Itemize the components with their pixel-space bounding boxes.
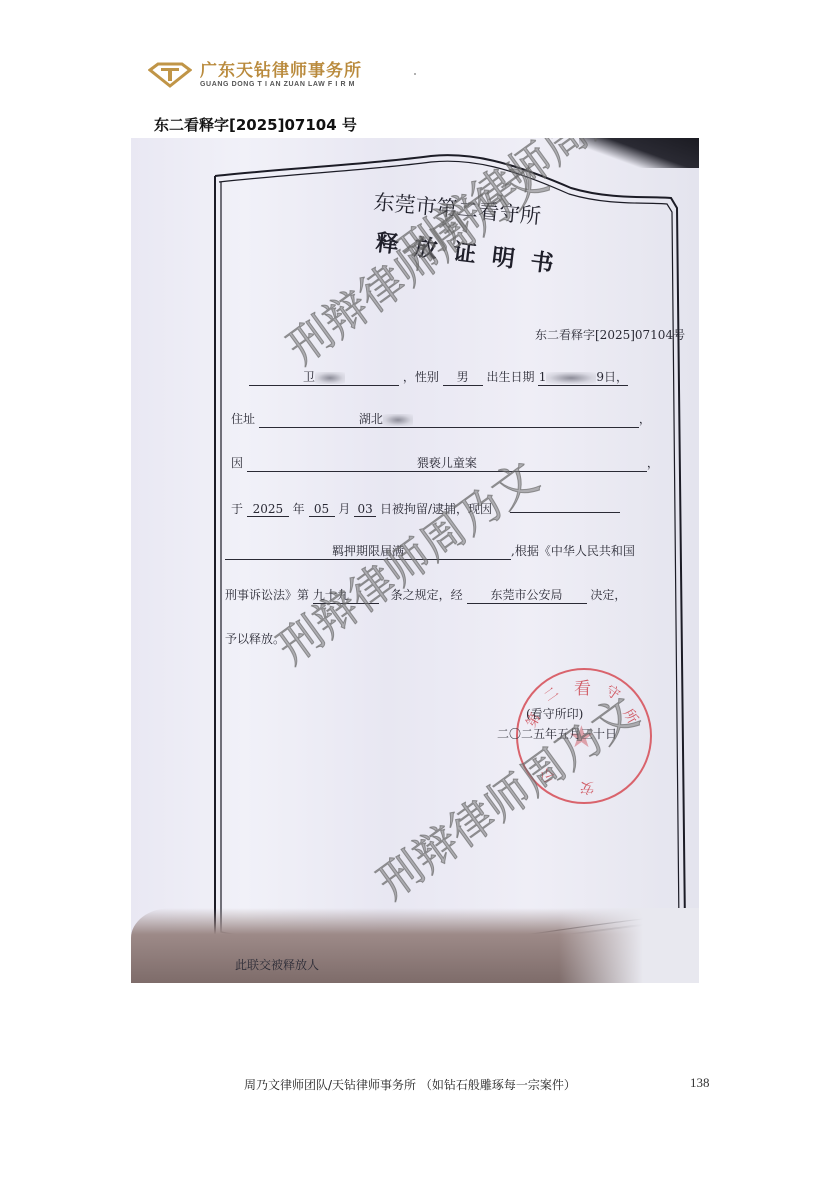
certificate-photo: 东莞市第二看守所 释放证明书 东二看释字[2025]07104号 卫 ，性别 男… (131, 138, 699, 983)
detain-month: 05 (309, 502, 335, 517)
row-article: 刑事诉讼法》第 九十九 条之规定，经 东莞市公安局 决定， (225, 586, 626, 604)
page-footer: 周乃文律师团队/天钻律师事务所 （如钻石般雕琢每一宗案件） (244, 1076, 576, 1093)
firm-name-cn: 广东天钻律师事务所 (200, 62, 362, 80)
release-number: 东二看释字[2025]07104号 (535, 326, 685, 343)
gender-value: 男 (443, 368, 483, 386)
dot (414, 73, 416, 75)
document-number: 东二看释字[2025]07104 号 (154, 114, 357, 135)
reason-label: 因 (231, 456, 243, 470)
redaction-blur (315, 372, 345, 384)
row-case: 因 猥亵儿童案， (231, 454, 659, 472)
seal-char: 安 (580, 778, 594, 798)
address-label: 住址 (231, 412, 255, 426)
detain-year: 2025 (247, 502, 289, 517)
decision: 决定， (590, 588, 626, 602)
firm-name-en: GUANG DONG T I AN ZUAN LAW F I R M (200, 80, 362, 89)
copy-note: 此联交被释放人 (235, 956, 319, 973)
law-ref-1: ,根据《中华人民共和国 (511, 544, 635, 558)
blank-line (510, 512, 620, 513)
row-address: 住址 湖北， (231, 410, 651, 428)
dob-end: 9日， (596, 370, 628, 384)
gender-label: ，性别 (403, 370, 439, 384)
dob-label: 出生日期 (487, 370, 535, 384)
date-prefix: 于 (231, 502, 243, 516)
redaction-blur (546, 372, 596, 384)
detain-day: 03 (354, 502, 376, 517)
month-label: 月 (338, 502, 350, 516)
year-label: 年 (293, 502, 305, 516)
dob-start: 1 (539, 370, 547, 384)
diamond-t-logo-icon (148, 62, 192, 88)
seal-char: 二 (540, 682, 563, 706)
redaction-blur (383, 414, 413, 426)
decider-value: 东莞市公安局 (467, 586, 587, 604)
case-value: 猥亵儿童案 (247, 454, 647, 472)
address-value: 湖北 (359, 412, 383, 426)
light-area (559, 908, 699, 983)
page-number: 138 (690, 1075, 710, 1091)
letterhead: 广东天钻律师事务所 GUANG DONG T I AN ZUAN LAW F I… (148, 60, 362, 90)
